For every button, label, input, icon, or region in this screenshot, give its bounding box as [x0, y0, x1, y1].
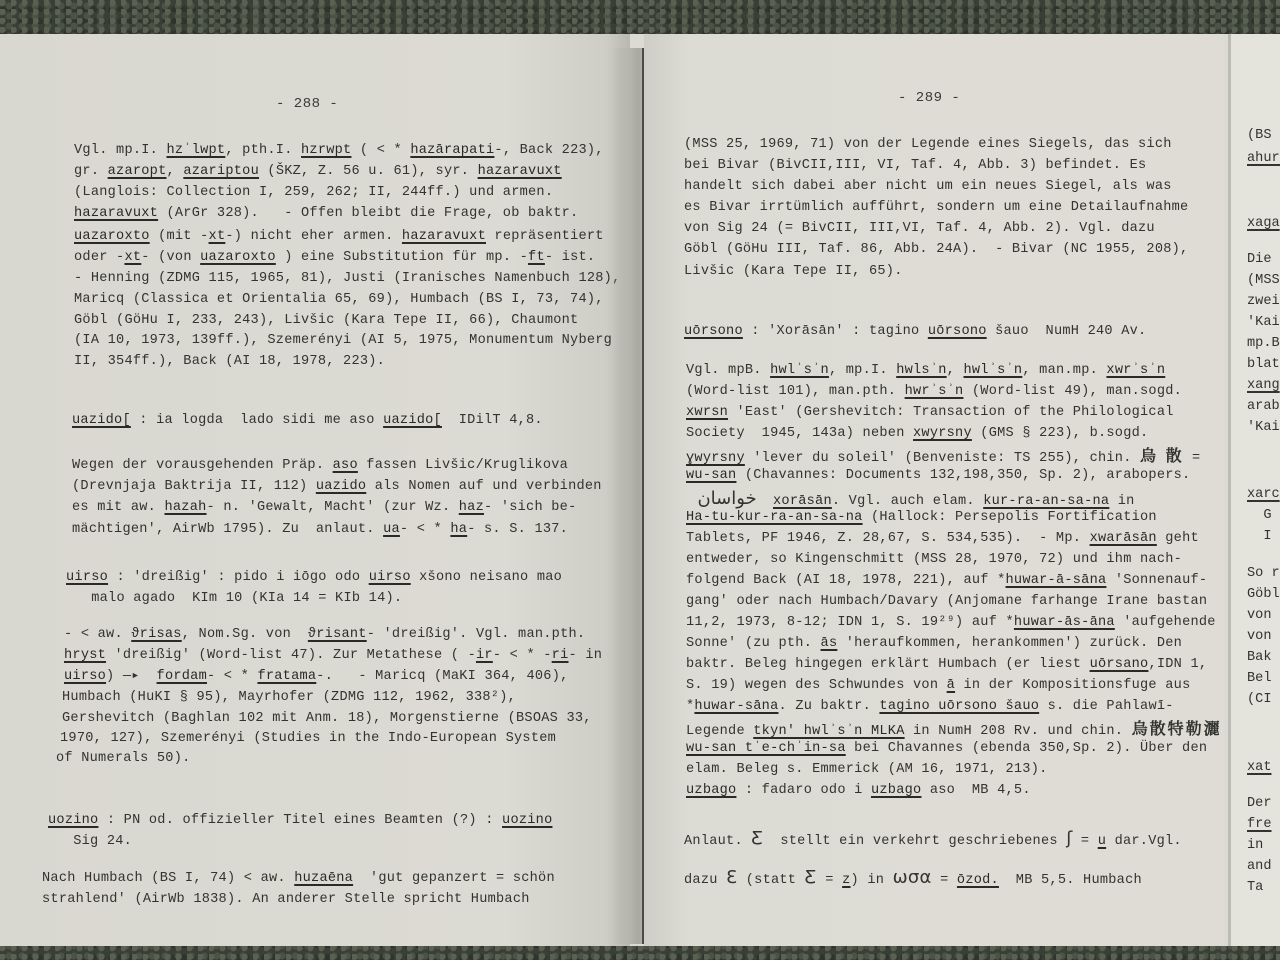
text-line: wu-san (Chavannes: Documents 132,198,350…: [686, 469, 1190, 483]
text-line: uirso) —▸ fordam- < * fratama-. - Maricq…: [64, 670, 569, 684]
text-line: Gershevitch (Baghlan 102 mit Anm. 18), M…: [62, 712, 592, 726]
text-run: es Bivar irrtümlich aufführt, sondern um…: [684, 200, 1188, 215]
headword-underlined: ua: [383, 522, 400, 537]
text-run: ) —▸: [106, 669, 156, 684]
headword-underlined: ϑrisas: [131, 627, 181, 642]
headword-underlined: uazaroxto: [74, 229, 150, 244]
text-run: gr.: [74, 164, 108, 179]
text-line: uazido[ : ia logda lado sidi me aso uazi…: [72, 414, 543, 428]
text-line: Anlaut. Ƹ stellt ein verkehrt geschriebe…: [684, 830, 1182, 849]
right-page: - 289 - (MSS 25, 1969, 71) von der Legen…: [644, 34, 1224, 946]
headword-underlined: kur-ra-an-sa-na: [983, 494, 1109, 509]
headword-underlined: hzrwpt: [301, 143, 351, 158]
headword-underlined: xwrsn: [686, 405, 728, 420]
text-run: of Numerals 50).: [56, 751, 191, 766]
text-run: - < * -: [493, 648, 552, 663]
headword-underlined: hazaravuxt: [478, 164, 562, 179]
next-page-fragment: arab: [1247, 399, 1280, 414]
text-line: baktr. Beleg hingegen erklärt Humbach (e…: [686, 658, 1207, 672]
headword-underlined: xwyrsny: [913, 426, 972, 441]
handwritten-script-glyph: Ƹ: [751, 828, 763, 849]
next-page-fragment: 'Kai: [1247, 315, 1280, 330]
headword-underlined: uazido[: [383, 413, 442, 428]
text-line: Vgl. mpB. hwlʾsʾn, mp.I. hwlsʾn, hwlʾsʾn…: [686, 364, 1165, 378]
text-run: Maricq (Classica et Orientalia 65, 69), …: [74, 292, 604, 307]
text-run: 1970, 127), Szemerényi (Studies in the I…: [60, 731, 556, 746]
text-run: xšono neisano mao: [411, 570, 562, 585]
headword-underlined: fordam: [157, 669, 207, 684]
next-page-fragment: G: [1247, 508, 1271, 523]
text-run: 11,2, 1973, 8-12; IDN 1, S. 19²⁹) auf *: [686, 615, 1014, 630]
text-run: . Zu baktr.: [779, 699, 880, 714]
headword-underlined: ās: [821, 636, 838, 651]
text-run: aso MB 4,5.: [921, 783, 1030, 798]
next-page-fragment: xang: [1247, 378, 1280, 393]
text-run: ) in: [851, 873, 893, 888]
next-page-edge: (BS IahuraxagaDie I(MSSzwei'Kaimp.Bblatx…: [1228, 34, 1280, 946]
next-page-fragment: von: [1247, 629, 1271, 644]
next-page-fragment: Göbl: [1247, 587, 1280, 602]
text-run: - < aw.: [64, 627, 131, 642]
headword-underlined: hwrʾsʾn: [905, 384, 964, 399]
text-run: stellt ein verkehrt geschriebenes: [764, 834, 1067, 849]
left-page: - 288 - Vgl. mp.I. hzʾlwpt, pth.I. hzrwp…: [0, 34, 630, 946]
text-line: Tablets, PF 1946, Z. 28,67, S. 534,535).…: [686, 532, 1199, 546]
headword-underlined: xwarāsān: [1090, 531, 1157, 546]
text-line: wu-san tʾe-chʾin-sa bei Chavannes (ebend…: [686, 742, 1207, 756]
text-run: (mit -: [150, 229, 209, 244]
text-line: of Numerals 50).: [56, 752, 191, 766]
text-run: (Chavannes: Documents 132,198,350, Sp. 2…: [736, 468, 1190, 483]
headword-underlined: uozino: [48, 813, 98, 828]
text-run: - 'sich be-: [484, 500, 576, 515]
text-line: (Drevnjaja Baktrija II, 112) uazido als …: [72, 480, 602, 494]
text-run: =: [817, 873, 842, 888]
text-run: (Drevnjaja Baktrija II, 112): [72, 479, 316, 494]
handwritten-script-glyph: خواسان: [686, 488, 757, 509]
text-line: strahlend' (AirWb 1838). An anderer Stel…: [42, 893, 530, 907]
text-line: 11,2, 1973, 8-12; IDN 1, S. 19²⁹) auf *h…: [686, 616, 1216, 630]
next-page-fragment: blat: [1247, 357, 1280, 372]
handwritten-script-glyph: Ƹ: [805, 867, 817, 888]
text-run: (GMS § 223), b.sogd.: [972, 426, 1149, 441]
text-run: 'aufgehende: [1115, 615, 1216, 630]
text-run: bei Bivar (BivCII,III, VI, Taf. 4, Abb. …: [684, 158, 1146, 173]
text-line: Society 1945, 143a) neben xwyrsny (GMS §…: [686, 427, 1148, 441]
text-run: 'heraufkommen, herankommen') zurück. Den: [837, 636, 1182, 651]
page-number: - 289 -: [898, 90, 960, 106]
headword-underlined: uōrsono: [684, 324, 743, 339]
text-line: Nach Humbach (BS I, 74) < aw. huzaēna 'g…: [42, 872, 555, 886]
text-run: bei Chavannes (ebenda 350,Sp. 2). Über d…: [846, 741, 1208, 756]
text-line: II, 354ff.), Back (AI 18, 1978, 223).: [74, 355, 385, 369]
headword-underlined: ha: [450, 522, 467, 537]
text-run: =: [1184, 451, 1201, 466]
text-run: (Hallock: Persepolis Fortification: [863, 510, 1157, 525]
headword-underlined: hwlsʾn: [896, 363, 946, 378]
headword-underlined: hzʾlwpt: [166, 143, 225, 158]
text-run: (MSS 25, 1969, 71) von der Legende eines…: [684, 137, 1172, 152]
headword-underlined: uazido[: [72, 413, 131, 428]
text-run: 'lever du soleil' (Benveniste: TS 255), …: [745, 451, 1140, 466]
text-run: (ŠKZ, Z. 56 u. 61), syr.: [259, 164, 478, 179]
text-run: II, 354ff.), Back (AI 18, 1978, 223).: [74, 354, 385, 369]
headword-underlined: tagino uōrsono šauo: [879, 699, 1039, 714]
headword-underlined: hazaravuxt: [402, 229, 486, 244]
text-line: elam. Beleg s. Emmerick (AM 16, 1971, 21…: [686, 763, 1048, 777]
text-line: (Word-list 101), man.pth. hwrʾsʾn (Word-…: [686, 385, 1182, 399]
text-run: (statt: [737, 873, 804, 888]
headword-underlined: uirso: [369, 570, 411, 585]
headword-underlined: hryst: [64, 648, 106, 663]
text-line: uozino : PN od. offizieller Titel eines …: [48, 814, 552, 828]
chinese-characters: 烏散特勒灑: [1132, 719, 1222, 738]
text-line: folgend Back (AI 18, 1978, 221), auf *hu…: [686, 574, 1207, 588]
text-run: von Sig 24 (= BivCII, III,VI, Taf. 4, Ab…: [684, 221, 1155, 236]
text-line: uazaroxto (mit -xt-) nicht eher armen. h…: [74, 230, 604, 244]
headword-underlined: hwlʾsʾn: [963, 363, 1022, 378]
text-line: Sig 24.: [48, 835, 132, 849]
headword-underlined: fratama: [257, 669, 316, 684]
headword-underlined: tkyn' hwlʾsʾn MLKA: [753, 724, 904, 739]
next-page-fragment: (CI: [1247, 692, 1271, 707]
text-run: dar.Vgl.: [1106, 834, 1182, 849]
text-run: elam. Beleg s. Emmerick (AM 16, 1971, 21…: [686, 762, 1048, 777]
headword-underlined: azariptou: [183, 164, 259, 179]
text-line: hazaravuxt (ArGr 328). - Offen bleibt di…: [74, 207, 578, 221]
text-line: Maricq (Classica et Orientalia 65, 69), …: [74, 293, 604, 307]
text-run: mächtigen', AirWb 1795). Zu anlaut.: [72, 522, 383, 537]
text-run: MB 5,5. Humbach: [999, 873, 1142, 888]
text-run: Sonne' (zu pth.: [686, 636, 821, 651]
text-run: =: [932, 873, 957, 888]
next-page-fragment: xaga: [1247, 216, 1280, 231]
headword-underlined: uazido: [316, 479, 366, 494]
text-run: Legende: [686, 724, 753, 739]
next-page-fragment: Bak: [1247, 650, 1271, 665]
text-run: ( < *: [351, 143, 410, 158]
headword-underlined: uazaroxto: [200, 250, 276, 265]
text-line: entweder, so Kingenschmitt (MSS 28, 1970…: [686, 553, 1182, 567]
text-run: ,: [167, 164, 184, 179]
text-run: fassen Livšic/Kruglikova: [358, 458, 568, 473]
next-page-fragment: in: [1247, 838, 1263, 853]
next-page-fragment: So r: [1247, 566, 1280, 581]
page-number: - 288 -: [276, 96, 338, 112]
text-run: ,: [947, 363, 964, 378]
handwritten-script-glyph: ωσα: [893, 867, 932, 888]
text-run: - ist.: [545, 250, 595, 265]
text-line: oder -xt- (von uazaroxto ) eine Substitu…: [74, 251, 595, 265]
text-run: s. die Pahlawī-: [1039, 699, 1174, 714]
text-line: uzbago : fadaro odo i uzbago aso MB 4,5.: [686, 784, 1031, 798]
text-line: Sonne' (zu pth. ās 'heraufkommen, herank…: [686, 637, 1182, 651]
headword-underlined: uirso: [64, 669, 106, 684]
text-line: خواسان xorāsān. Vgl. auch elam. kur-ra-a…: [686, 490, 1135, 509]
text-run: [757, 494, 773, 509]
text-run: Vgl. mpB.: [686, 363, 770, 378]
text-line: es Bivar irrtümlich aufführt, sondern um…: [684, 201, 1188, 215]
next-page-fragment: Bel: [1247, 671, 1271, 686]
next-page-fragment: Die I: [1247, 252, 1280, 267]
text-run: - < *: [207, 669, 257, 684]
text-run: gang' oder nach Humbach/Davary (Anjomane…: [686, 594, 1207, 609]
text-line: S. 19) wegen des Schwundes von ā in der …: [686, 679, 1190, 693]
text-run: IDilT 4,8.: [442, 413, 543, 428]
text-run: handelt sich dabei aber nicht um ein neu…: [684, 179, 1172, 194]
text-run: als Nomen auf und verbinden: [366, 479, 601, 494]
text-run: oder -: [74, 250, 124, 265]
text-run: (Word-list 101), man.pth.: [686, 384, 905, 399]
text-run: Anlaut.: [684, 834, 751, 849]
text-run: malo agado KIm 10 (KIa 14 = KIb 14).: [66, 591, 402, 606]
headword-underlined: hazaravuxt: [74, 206, 158, 221]
text-run: 'dreißig' (Word-list 47). Zur Metathese …: [106, 648, 476, 663]
text-run: Göbl (GöHu I, 233, 243), Livšic (Kara Te…: [74, 313, 578, 328]
headword-underlined: ā: [947, 678, 955, 693]
text-line: Legende tkyn' hwlʾsʾn MLKA in NumH 208 R…: [686, 721, 1222, 739]
next-page-fragment: 'Kai: [1247, 420, 1280, 435]
text-run: Wegen der vorausgehenden Präp.: [72, 458, 333, 473]
text-line: (MSS 25, 1969, 71) von der Legende eines…: [684, 138, 1172, 152]
text-run: , man.mp.: [1022, 363, 1106, 378]
text-run: entweder, so Kingenschmitt (MSS 28, 1970…: [686, 552, 1182, 567]
text-run: Göbl (GöHu III, Taf. 86, Abb. 24A). - Bi…: [684, 242, 1188, 257]
next-page-fragment: (MSS: [1247, 273, 1280, 288]
text-run: es mit aw.: [72, 500, 164, 515]
text-line: dazu Ɛ (statt Ƹ = z) in ωσα = ōzod. MB 5…: [684, 869, 1142, 888]
text-line: bei Bivar (BivCII,III, VI, Taf. 4, Abb. …: [684, 159, 1146, 173]
headword-underlined: azaropt: [108, 164, 167, 179]
text-run: dazu: [684, 873, 726, 888]
headword-underlined: uōrsano: [1090, 657, 1149, 672]
next-page-fragment: Ta: [1247, 880, 1263, 895]
headword-underlined: xwrʾsʾn: [1106, 363, 1165, 378]
headword-underlined: ft: [528, 250, 545, 265]
text-run: : PN od. offizieller Titel eines Beamten…: [98, 813, 502, 828]
headword-underlined: xorāsān: [773, 494, 832, 509]
text-run: Gershevitch (Baghlan 102 mit Anm. 18), M…: [62, 711, 592, 726]
text-line: uirso : 'dreißig' : pido i iōgo odo uirs…: [66, 571, 562, 585]
text-run: - < *: [400, 522, 450, 537]
text-line: handelt sich dabei aber nicht um ein neu…: [684, 180, 1172, 194]
text-run: ) eine Substitution für mp. -: [276, 250, 528, 265]
text-run: , pth.I.: [225, 143, 301, 158]
text-run: S. 19) wegen des Schwundes von: [686, 678, 947, 693]
headword-underlined: ri: [552, 648, 569, 663]
text-run: 'East' (Gershevitch: Transaction of the …: [728, 405, 1174, 420]
text-line: Göbl (GöHu I, 233, 243), Livšic (Kara Te…: [74, 314, 578, 328]
text-run: repräsentiert: [486, 229, 604, 244]
text-run: in NumH 208 Rv. und chin.: [905, 724, 1132, 739]
text-line: gr. azaropt, azariptou (ŠKZ, Z. 56 u. 61…: [74, 165, 562, 179]
next-page-fragment: (BS I: [1247, 128, 1280, 143]
text-line: es mit aw. hazah- n. 'Gewalt, Macht' (zu…: [72, 501, 576, 515]
text-run: 'gut gepanzert = schön: [353, 871, 555, 886]
text-line: xwrsn 'East' (Gershevitch: Transaction o…: [686, 406, 1174, 420]
text-run: =: [1073, 834, 1098, 849]
text-run: -. - Maricq (MaKI 364, 406),: [316, 669, 568, 684]
headword-underlined: ɣwyrsny: [686, 451, 745, 466]
text-line: Vgl. mp.I. hzʾlwpt, pth.I. hzrwpt ( < * …: [74, 144, 604, 158]
text-run: Tablets, PF 1946, Z. 28,67, S. 534,535).…: [686, 531, 1090, 546]
headword-underlined: Ha-tu-kur-ra-an-sa-na: [686, 510, 863, 525]
headword-underlined: ōzod.: [957, 873, 999, 888]
text-run: Society 1945, 143a) neben: [686, 426, 913, 441]
text-line: - Henning (ZDMG 115, 1965, 81), Justi (I…: [74, 272, 621, 286]
text-run: Sig 24.: [48, 834, 132, 849]
next-page-fragment: ahura: [1247, 151, 1280, 166]
text-run: Livšic (Kara Tepe II, 65).: [684, 264, 903, 279]
text-line: Humbach (HuKI § 95), Mayrhofer (ZDMG 112…: [62, 691, 516, 705]
text-line: (IA 10, 1973, 139ff.), Szemerényi (AI 5,…: [74, 334, 612, 348]
text-run: Humbach (HuKI § 95), Mayrhofer (ZDMG 112…: [62, 690, 516, 705]
text-run: - Henning (ZDMG 115, 1965, 81), Justi (I…: [74, 271, 621, 286]
text-line: gang' oder nach Humbach/Davary (Anjomane…: [686, 595, 1207, 609]
text-line: Livšic (Kara Tepe II, 65).: [684, 265, 903, 279]
text-run: : 'Xorāsān' : tagino: [743, 324, 928, 339]
book-spread: - 288 - Vgl. mp.I. hzʾlwpt, pth.I. hzrwp…: [0, 34, 1280, 946]
text-line: (Langlois: Collection I, 259, 262; II, 2…: [74, 186, 553, 200]
headword-underlined: uzbago: [871, 783, 921, 798]
text-run: 'Sonnenauf-: [1106, 573, 1207, 588]
text-run: in: [1109, 494, 1134, 509]
text-run: (ArGr 328). - Offen bleibt die Frage, ob…: [158, 206, 578, 221]
next-page-fragment: xarc: [1247, 487, 1280, 502]
headword-underlined: haz: [459, 500, 484, 515]
handwritten-script-glyph: Ɛ: [726, 867, 737, 888]
headword-underlined: huwar-ā-sāna: [1006, 573, 1107, 588]
text-run: -) nicht eher armen.: [225, 229, 402, 244]
text-run: : ia logda lado sidi me aso: [131, 413, 383, 428]
text-run: -, Back 223),: [494, 143, 603, 158]
headword-underlined: ϑrisant: [308, 627, 367, 642]
text-run: - n. 'Gewalt, Macht' (zur Wz.: [207, 500, 459, 515]
text-run: ,IDN 1,: [1148, 657, 1207, 672]
text-line: ɣwyrsny 'lever du soleil' (Benveniste: T…: [686, 448, 1200, 466]
headword-underlined: u: [1098, 834, 1106, 849]
headword-underlined: xt: [209, 229, 226, 244]
headword-underlined: hazārapati: [410, 143, 494, 158]
next-page-fragment: Der: [1247, 796, 1271, 811]
text-run: - s. S. 137.: [467, 522, 568, 537]
headword-underlined: xt: [124, 250, 141, 265]
text-run: , Nom.Sg. von: [182, 627, 308, 642]
headword-underlined: ir: [476, 648, 493, 663]
headword-underlined: z: [842, 873, 850, 888]
next-page-fragment: and: [1247, 859, 1271, 874]
text-run: strahlend' (AirWb 1838). An anderer Stel…: [42, 892, 530, 907]
headword-underlined: wu-san: [686, 468, 736, 483]
text-line: uōrsono : 'Xorāsān' : tagino uōrsono šau…: [684, 325, 1146, 339]
headword-underlined: uozino: [502, 813, 552, 828]
text-run: geht: [1157, 531, 1199, 546]
headword-underlined: uōrsono: [928, 324, 987, 339]
text-run: - (von: [141, 250, 200, 265]
text-run: (IA 10, 1973, 139ff.), Szemerényi (AI 5,…: [74, 333, 612, 348]
headword-underlined: uzbago: [686, 783, 736, 798]
text-run: šauo NumH 240 Av.: [987, 324, 1147, 339]
text-run: baktr. Beleg hingegen erklärt Humbach (e…: [686, 657, 1090, 672]
next-page-fragment: von: [1247, 608, 1271, 623]
text-line: *huwar-sāna. Zu baktr. tagino uōrsono ša…: [686, 700, 1174, 714]
text-line: von Sig 24 (= BivCII, III,VI, Taf. 4, Ab…: [684, 222, 1155, 236]
text-line: - < aw. ϑrisas, Nom.Sg. von ϑrisant- 'dr…: [64, 628, 585, 642]
headword-underlined: huwar-sāna: [694, 699, 778, 714]
text-run: : fadaro odo i: [736, 783, 871, 798]
headword-underlined: wu-san tʾe-chʾin-sa: [686, 741, 846, 756]
text-line: 1970, 127), Szemerényi (Studies in the I…: [60, 732, 556, 746]
text-run: : 'dreißig' : pido i iōgo odo: [108, 570, 369, 585]
text-run: in der Kompositionsfuge aus: [955, 678, 1190, 693]
text-line: Ha-tu-kur-ra-an-sa-na (Hallock: Persepol…: [686, 511, 1157, 525]
text-line: Wegen der vorausgehenden Präp. aso fasse…: [72, 459, 568, 473]
text-run: , mp.I.: [829, 363, 896, 378]
next-page-fragment: xat: [1247, 760, 1271, 775]
headword-underlined: aso: [333, 458, 358, 473]
text-run: - in: [569, 648, 603, 663]
next-page-fragment: I: [1247, 529, 1271, 544]
headword-underlined: uirso: [66, 570, 108, 585]
text-line: mächtigen', AirWb 1795). Zu anlaut. ua- …: [72, 523, 568, 537]
headword-underlined: hwlʾsʾn: [770, 363, 829, 378]
text-run: (Langlois: Collection I, 259, 262; II, 2…: [74, 185, 553, 200]
chinese-characters: 烏 散: [1140, 446, 1184, 465]
headword-underlined: hazah: [164, 500, 206, 515]
headword-underlined: huzaēna: [294, 871, 353, 886]
text-run: Vgl. mp.I.: [74, 143, 166, 158]
next-page-fragment: fre: [1247, 817, 1271, 832]
text-run: (Word-list 49), man.sogd.: [963, 384, 1182, 399]
text-line: hryst 'dreißig' (Word-list 47). Zur Meta…: [64, 649, 602, 663]
next-page-fragment: zwei: [1247, 294, 1280, 309]
text-run: folgend Back (AI 18, 1978, 221), auf *: [686, 573, 1006, 588]
text-line: Göbl (GöHu III, Taf. 86, Abb. 24A). - Bi…: [684, 243, 1188, 257]
text-line: malo agado KIm 10 (KIa 14 = KIb 14).: [66, 592, 402, 606]
next-page-fragment: mp.B: [1247, 336, 1280, 351]
text-run: - 'dreißig'. Vgl. man.pth.: [367, 627, 586, 642]
headword-underlined: huwar-ās-āna: [1014, 615, 1115, 630]
text-run: . Vgl. auch elam.: [832, 494, 983, 509]
text-run: Nach Humbach (BS I, 74) < aw.: [42, 871, 294, 886]
